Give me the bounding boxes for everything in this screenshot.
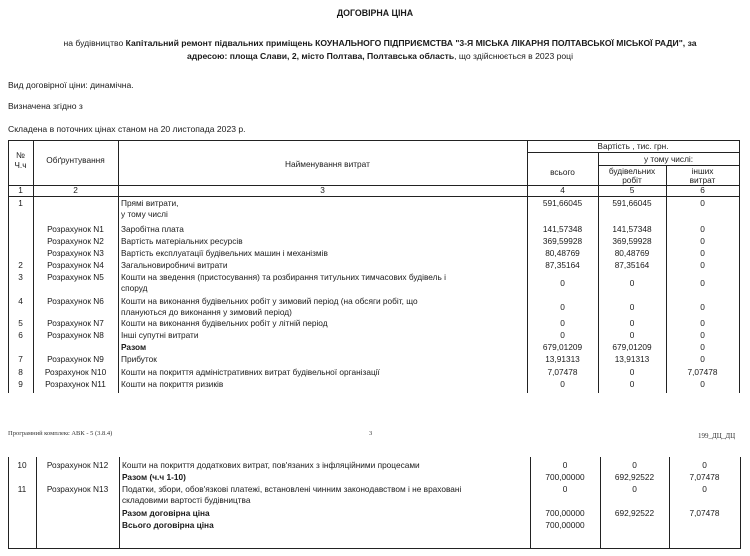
column-number: 1 — [8, 185, 33, 196]
row-construction: 0 — [600, 460, 669, 471]
row-basis: Розрахунок N13 — [36, 484, 119, 495]
row-name: Разом договірна ціна — [122, 508, 210, 519]
column-number: 2 — [33, 185, 118, 196]
row-basis: Розрахунок N3 — [33, 248, 118, 259]
row-construction: 0 — [598, 302, 666, 313]
row-other: 0 — [666, 379, 739, 390]
row-construction: 0 — [598, 278, 666, 289]
row-number: 8 — [8, 367, 33, 378]
row-number: 3 — [8, 272, 33, 283]
row-other: 0 — [666, 342, 739, 353]
table-vertical-rule — [119, 457, 120, 548]
row-number: 2 — [8, 260, 33, 271]
row-name: Кошти на покриття адміністративних витра… — [121, 367, 380, 378]
row-other: 0 — [666, 248, 739, 259]
row-total: 0 — [530, 484, 600, 495]
column-number: 6 — [666, 185, 739, 196]
row-name: Прямі витрати, — [121, 198, 178, 209]
row-number: 6 — [8, 330, 33, 341]
row-name: Кошти на зведення (пристосування) та роз… — [121, 272, 446, 283]
row-name: Загальновиробничі витрати — [121, 260, 227, 271]
row-name-continued: у тому числі — [121, 209, 168, 220]
column-number: 5 — [598, 185, 666, 196]
row-basis: Розрахунок N12 — [36, 460, 119, 471]
row-construction: 679,01209 — [598, 342, 666, 353]
row-total: 591,66045 — [527, 198, 598, 209]
row-total: 0 — [527, 318, 598, 329]
row-name: Разом (ч.ч 1-10) — [122, 472, 186, 483]
compiled-date: Складена в поточних цінах станом на 20 л… — [8, 124, 246, 134]
row-name: Інші супутні витрати — [121, 330, 198, 341]
row-total: 87,35164 — [527, 260, 598, 271]
row-basis: Розрахунок N10 — [33, 367, 118, 378]
row-construction: 13,91313 — [598, 354, 666, 365]
row-number: 5 — [8, 318, 33, 329]
row-name: Кошти на покриття ризиків — [121, 379, 223, 390]
subtitle-suffix: , що здійснюється в 2023 році — [454, 51, 573, 61]
row-other: 0 — [669, 460, 740, 471]
header-num-sub: Ч.ч — [8, 160, 33, 171]
row-other: 7,07478 — [669, 472, 740, 483]
row-construction: 0 — [598, 330, 666, 341]
row-name: Вартість експлуатації будівельних машин … — [121, 248, 328, 259]
table-horizontal-rule — [8, 548, 741, 549]
row-number: 10 — [8, 460, 36, 471]
header-including: у тому числі: — [598, 154, 739, 165]
row-name: Вартість матеріальних ресурсів — [121, 236, 243, 247]
row-total: 13,91313 — [527, 354, 598, 365]
row-basis: Розрахунок N5 — [33, 272, 118, 283]
column-number: 4 — [527, 185, 598, 196]
row-total: 0 — [530, 460, 600, 471]
header-name: Найменування витрат — [285, 159, 370, 170]
row-name: Прибуток — [121, 354, 157, 365]
row-construction: 0 — [598, 318, 666, 329]
row-number: 1 — [8, 198, 33, 209]
header-total: всього — [527, 167, 598, 178]
row-other: 0 — [669, 484, 740, 495]
header-cost-group: Вартість , тис. грн. — [527, 141, 739, 152]
subtitle-object: Капітальний ремонт підвальних приміщень … — [126, 38, 697, 61]
row-construction: 0 — [598, 379, 666, 390]
software-label: Програмний комплекс АВК - 5 (3.8.4) — [8, 430, 112, 437]
column-number: 3 — [118, 185, 527, 196]
table-vertical-rule — [118, 140, 119, 393]
subtitle-prefix: на будівництво — [63, 38, 125, 48]
document-code: 199_ДЦ_ДЦ — [698, 432, 735, 440]
row-construction: 0 — [600, 484, 669, 495]
row-basis: Розрахунок N9 — [33, 354, 118, 365]
page-number: 3 — [369, 430, 372, 437]
row-number: 7 — [8, 354, 33, 365]
row-total: 700,00000 — [530, 472, 600, 483]
row-name: Кошти на виконання будівельних робіт у з… — [121, 296, 418, 307]
row-construction: 80,48769 — [598, 248, 666, 259]
header-basis: Обґрунтування — [33, 155, 118, 166]
row-total: 80,48769 — [527, 248, 598, 259]
price-type: Вид договірної ціни: динамічна. — [8, 80, 134, 90]
table-horizontal-rule — [527, 152, 740, 153]
row-other: 0 — [666, 302, 739, 313]
row-name-continued: споруд — [121, 283, 148, 294]
row-basis: Розрахунок N11 — [33, 379, 118, 390]
row-basis: Розрахунок N6 — [33, 296, 118, 307]
row-total: 141,57348 — [527, 224, 598, 235]
row-basis: Розрахунок N8 — [33, 330, 118, 341]
row-other: 0 — [666, 318, 739, 329]
row-construction: 0 — [598, 367, 666, 378]
row-name: Кошти на покриття додаткових витрат, пов… — [122, 460, 420, 471]
row-total: 369,59928 — [527, 236, 598, 247]
row-other: 0 — [666, 278, 739, 289]
row-total: 700,00000 — [530, 508, 600, 519]
row-total: 0 — [527, 302, 598, 313]
row-construction: 369,59928 — [598, 236, 666, 247]
row-number: 9 — [8, 379, 33, 390]
row-other: 0 — [666, 236, 739, 247]
row-name: Разом — [121, 342, 146, 353]
row-other: 0 — [666, 198, 739, 209]
row-name: Кошти на виконання будівельних робіт у л… — [121, 318, 328, 329]
row-name: Податки, збори, обов'язкові платежі, вст… — [122, 484, 461, 495]
table-vertical-rule — [740, 457, 741, 548]
row-total: 7,07478 — [527, 367, 598, 378]
row-name: Всього договірна ціна — [122, 520, 214, 531]
row-number: 11 — [8, 484, 36, 495]
determined-by: Визначена згідно з — [8, 101, 83, 111]
row-construction: 141,57348 — [598, 224, 666, 235]
table-vertical-rule — [739, 140, 740, 393]
row-other: 0 — [666, 354, 739, 365]
row-total: 0 — [527, 330, 598, 341]
row-total: 679,01209 — [527, 342, 598, 353]
document-title: ДОГОВІРНА ЦІНА — [0, 8, 750, 18]
row-name-continued: плануються до виконання у зимовий період… — [121, 307, 292, 318]
row-name-continued: складовими вартості будівництва — [122, 495, 250, 506]
row-other: 0 — [666, 224, 739, 235]
row-other: 0 — [666, 330, 739, 341]
row-basis: Розрахунок N4 — [33, 260, 118, 271]
row-other: 0 — [666, 260, 739, 271]
row-name: Заробітна плата — [121, 224, 184, 235]
row-basis: Розрахунок N7 — [33, 318, 118, 329]
row-total: 0 — [527, 379, 598, 390]
row-total: 700,00000 — [530, 520, 600, 531]
row-number: 4 — [8, 296, 33, 307]
row-total: 0 — [527, 278, 598, 289]
document-subtitle: на будівництво Капітальний ремонт підвал… — [60, 37, 700, 63]
row-construction: 692,92522 — [600, 508, 669, 519]
row-construction: 591,66045 — [598, 198, 666, 209]
row-construction: 87,35164 — [598, 260, 666, 271]
row-basis: Розрахунок N2 — [33, 236, 118, 247]
row-basis: Розрахунок N1 — [33, 224, 118, 235]
row-other: 7,07478 — [669, 508, 740, 519]
row-construction: 692,92522 — [600, 472, 669, 483]
row-other: 7,07478 — [666, 367, 739, 378]
